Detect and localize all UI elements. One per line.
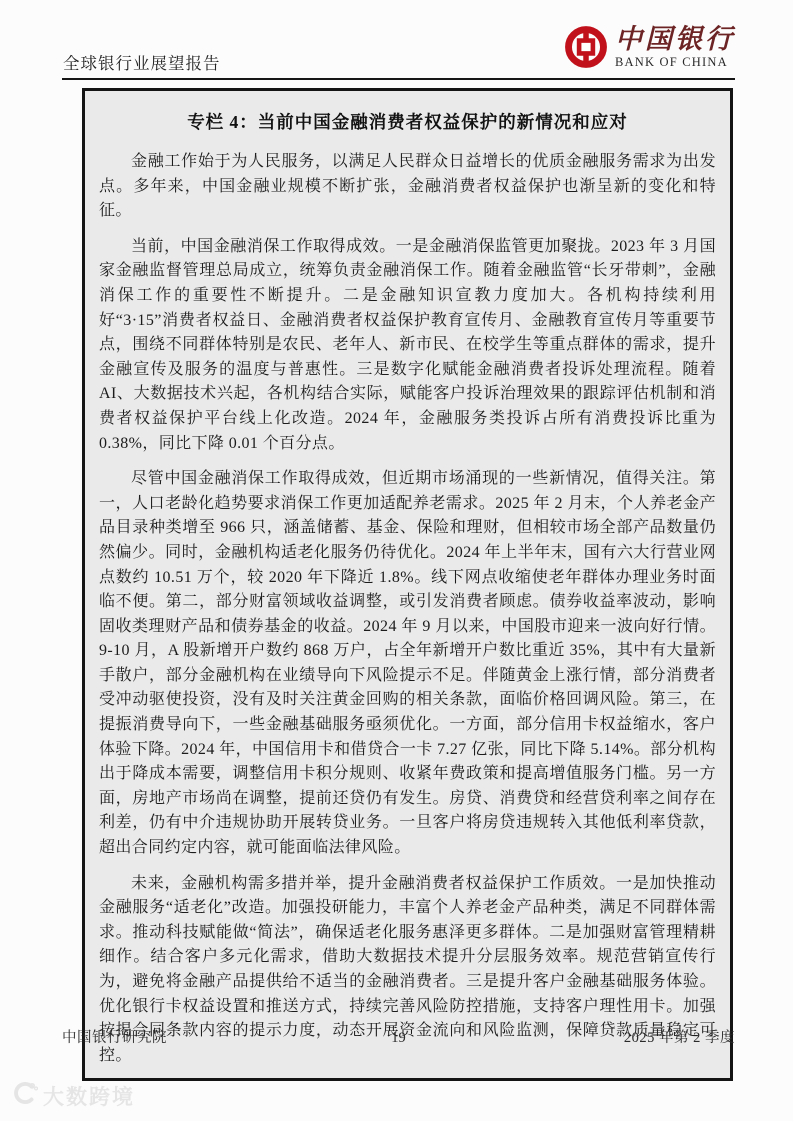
- footer-page-number: 19: [369, 1030, 429, 1047]
- logo-text-group: 中国银行 BANK OF CHINA: [615, 26, 735, 69]
- bank-of-china-logo: 中国银行 BANK OF CHINA: [563, 24, 735, 70]
- report-title: 全球银行业展望报告: [63, 50, 221, 74]
- document-page: { "header": { "report_title": "全球银行业展望报告…: [0, 0, 793, 1121]
- page-footer: 中国银行研究院 19 2025 年第 2 季度: [62, 1026, 735, 1047]
- column-4-box: 专栏 4：当前中国金融消费者权益保护的新情况和应对 金融工作始于为人民服务，以满…: [82, 88, 733, 1081]
- boc-coin-emblem-icon: [563, 24, 609, 70]
- footer-institute: 中国银行研究院: [62, 1026, 282, 1047]
- logo-cn-wordmark: 中国银行: [615, 26, 735, 53]
- watermark: 大数跨境: [12, 1080, 135, 1111]
- box-paragraph-2: 当前，中国金融消保工作取得成效。一是金融消保监管更加聚拢。2023 年 3 月国…: [99, 235, 716, 456]
- box-paragraph-3: 尽管中国金融消保工作取得成效，但近期市场涌现的一些新情况，值得关注。第一，人口老…: [99, 467, 716, 861]
- page-header: 全球银行业展望报告 中国银行 BANK OF CHINA: [62, 24, 735, 76]
- column-title: 专栏 4：当前中国金融消费者权益保护的新情况和应对: [99, 109, 716, 134]
- watermark-logo-icon: [12, 1080, 38, 1111]
- box-paragraph-1: 金融工作始于为人民服务，以满足人民群众日益增长的优质金融服务需求为出发点。多年来…: [99, 150, 716, 224]
- watermark-text: 大数跨境: [43, 1081, 135, 1111]
- header-divider: [62, 78, 735, 80]
- logo-en-wordmark: BANK OF CHINA: [615, 56, 728, 69]
- footer-date: 2025 年第 2 季度: [515, 1026, 735, 1047]
